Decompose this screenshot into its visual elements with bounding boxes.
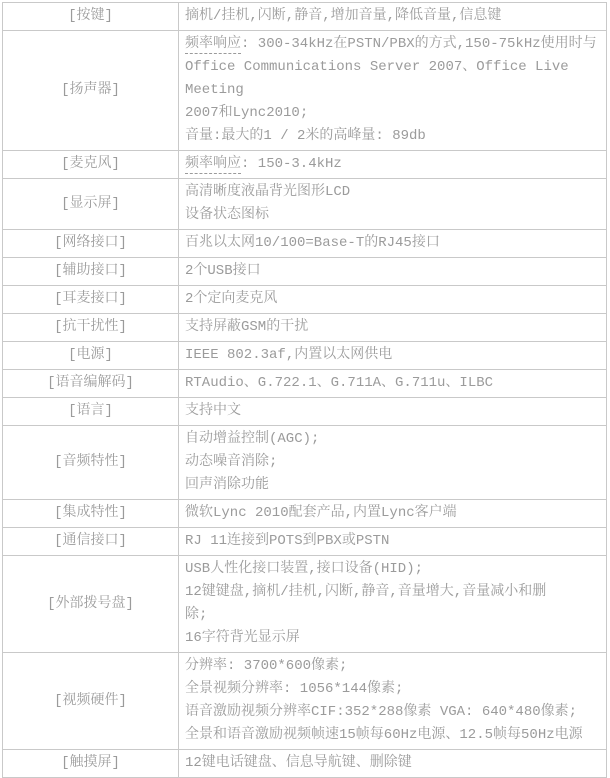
spec-line: 全景视频分辨率: 1056*144像素; bbox=[185, 678, 602, 701]
underlined-term: 频率响应 bbox=[185, 36, 241, 54]
table-row: [网络接口]百兆以太网10/100=Base-T的RJ45接口 bbox=[3, 230, 607, 258]
spec-label: [外部拨号盘] bbox=[3, 556, 179, 653]
spec-line: 回声消除功能 bbox=[185, 474, 602, 497]
spec-line: 16字符背光显示屏 bbox=[185, 627, 602, 650]
spec-value: 分辨率: 3700*600像素;全景视频分辨率: 1056*144像素;语音激励… bbox=[179, 653, 607, 750]
spec-value: 2个定向麦克风 bbox=[179, 286, 607, 314]
spec-label: [语言] bbox=[3, 398, 179, 426]
spec-line: 自动增益控制(AGC); bbox=[185, 428, 602, 451]
table-row: [耳麦接口]2个定向麦克风 bbox=[3, 286, 607, 314]
text-segment: 语音激励视频分辨率CIF:352*288像素 VGA: 640*480像素; bbox=[185, 704, 577, 720]
spec-value: 频率响应: 150-3.4kHz bbox=[179, 151, 607, 179]
text-segment: 除; bbox=[185, 607, 207, 623]
spec-value: 频率响应: 300-34kHz在PSTN/PBX的方式,150-75kHz使用时… bbox=[179, 31, 607, 151]
spec-line: 百兆以太网10/100=Base-T的RJ45接口 bbox=[185, 232, 602, 255]
spec-value: 自动增益控制(AGC);动态噪音消除;回声消除功能 bbox=[179, 426, 607, 500]
table-row: [音频特性]自动增益控制(AGC);动态噪音消除;回声消除功能 bbox=[3, 426, 607, 500]
spec-line: 语音激励视频分辨率CIF:352*288像素 VGA: 640*480像素; bbox=[185, 701, 602, 724]
text-segment: 12键键盘,摘机/挂机,闪断,静音,音量增大,音量减小和删 bbox=[185, 584, 546, 600]
spec-line: RJ 11连接到POTS到PBX或PSTN bbox=[185, 530, 602, 553]
spec-label: [视频硬件] bbox=[3, 653, 179, 750]
spec-label: [抗干扰性] bbox=[3, 314, 179, 342]
spec-line: 摘机/挂机,闪断,静音,增加音量,降低音量,信息键 bbox=[185, 5, 602, 28]
spec-label: [通信接口] bbox=[3, 528, 179, 556]
text-segment: 设备状态图标 bbox=[185, 207, 269, 223]
text-segment: 全景视频分辨率: 1056*144像素; bbox=[185, 681, 403, 697]
text-segment: 16字符背光显示屏 bbox=[185, 630, 300, 646]
table-row: [扬声器]频率响应: 300-34kHz在PSTN/PBX的方式,150-75k… bbox=[3, 31, 607, 151]
spec-label: [音频特性] bbox=[3, 426, 179, 500]
table-row: [按键]摘机/挂机,闪断,静音,增加音量,降低音量,信息键 bbox=[3, 3, 607, 31]
text-segment: : 150-3.4kHz bbox=[241, 156, 342, 172]
spec-value: USB人性化接口装置,接口设备(HID);12键键盘,摘机/挂机,闪断,静音,音… bbox=[179, 556, 607, 653]
spec-line: USB人性化接口装置,接口设备(HID); bbox=[185, 558, 602, 581]
text-segment: IEEE 802.3af,内置以太网供电 bbox=[185, 347, 392, 363]
text-segment: 回声消除功能 bbox=[185, 477, 269, 493]
spec-value: 支持中文 bbox=[179, 398, 607, 426]
spec-value: RJ 11连接到POTS到PBX或PSTN bbox=[179, 528, 607, 556]
text-segment: 音量:最大的1 / 2米的高峰量: 89db bbox=[185, 128, 426, 144]
table-row: [语言]支持中文 bbox=[3, 398, 607, 426]
spec-value: 高清晰度液晶背光图形LCD设备状态图标 bbox=[179, 179, 607, 230]
spec-line: 音量:最大的1 / 2米的高峰量: 89db bbox=[185, 125, 602, 148]
spec-label: [麦克风] bbox=[3, 151, 179, 179]
spec-value: 百兆以太网10/100=Base-T的RJ45接口 bbox=[179, 230, 607, 258]
text-segment: 摘机/挂机,闪断,静音,增加音量,降低音量,信息键 bbox=[185, 8, 501, 24]
table-row: [语音编解码]RTAudio、G.722.1、G.711A、G.711u、ILB… bbox=[3, 370, 607, 398]
text-segment: : 300-34kHz在PSTN/PBX的方式,150-75kHz使用时与 bbox=[241, 36, 597, 52]
spec-value: 12键电话键盘、信息导航键、删除键 bbox=[179, 750, 607, 778]
spec-line: 微软Lync 2010配套产品,内置Lync客户端 bbox=[185, 502, 602, 525]
spec-value: RTAudio、G.722.1、G.711A、G.711u、ILBC bbox=[179, 370, 607, 398]
spec-value: 微软Lync 2010配套产品,内置Lync客户端 bbox=[179, 500, 607, 528]
spec-line: 12键键盘,摘机/挂机,闪断,静音,音量增大,音量减小和删 bbox=[185, 581, 602, 604]
table-row: [通信接口]RJ 11连接到POTS到PBX或PSTN bbox=[3, 528, 607, 556]
spec-line: RTAudio、G.722.1、G.711A、G.711u、ILBC bbox=[185, 372, 602, 395]
underlined-term: 频率响应 bbox=[185, 156, 241, 174]
spec-value: 摘机/挂机,闪断,静音,增加音量,降低音量,信息键 bbox=[179, 3, 607, 31]
spec-line: 2个USB接口 bbox=[185, 260, 602, 283]
spec-label: [触摸屏] bbox=[3, 750, 179, 778]
spec-label: [耳麦接口] bbox=[3, 286, 179, 314]
text-segment: USB人性化接口装置,接口设备(HID); bbox=[185, 561, 423, 577]
spec-label: [按键] bbox=[3, 3, 179, 31]
table-row: [集成特性]微软Lync 2010配套产品,内置Lync客户端 bbox=[3, 500, 607, 528]
spec-label: [扬声器] bbox=[3, 31, 179, 151]
spec-value: 支持屏蔽GSM的干扰 bbox=[179, 314, 607, 342]
spec-line: 支持中文 bbox=[185, 400, 602, 423]
spec-line: 设备状态图标 bbox=[185, 204, 602, 227]
text-segment: RJ 11连接到POTS到PBX或PSTN bbox=[185, 533, 389, 549]
spec-label: [集成特性] bbox=[3, 500, 179, 528]
text-segment: 支持屏蔽GSM的干扰 bbox=[185, 319, 308, 335]
table-row: [辅助接口]2个USB接口 bbox=[3, 258, 607, 286]
text-segment: 高清晰度液晶背光图形LCD bbox=[185, 184, 350, 200]
spec-line: 动态噪音消除; bbox=[185, 451, 602, 474]
spec-line: 频率响应: 300-34kHz在PSTN/PBX的方式,150-75kHz使用时… bbox=[185, 33, 602, 56]
text-segment: 12键电话键盘、信息导航键、删除键 bbox=[185, 755, 412, 771]
table-row: [外部拨号盘]USB人性化接口装置,接口设备(HID);12键键盘,摘机/挂机,… bbox=[3, 556, 607, 653]
spec-line: 分辨率: 3700*600像素; bbox=[185, 655, 602, 678]
spec-line: 除; bbox=[185, 604, 602, 627]
table-row: [显示屏]高清晰度液晶背光图形LCD设备状态图标 bbox=[3, 179, 607, 230]
text-segment: 动态噪音消除; bbox=[185, 454, 277, 470]
spec-label: [辅助接口] bbox=[3, 258, 179, 286]
spec-line: 频率响应: 150-3.4kHz bbox=[185, 153, 602, 176]
table-row: [抗干扰性]支持屏蔽GSM的干扰 bbox=[3, 314, 607, 342]
text-segment: 微软Lync 2010配套产品,内置Lync客户端 bbox=[185, 505, 457, 521]
spec-line: 全景和语音激励视频帧速15帧每60Hz电源、12.5帧每50Hz电源 bbox=[185, 724, 602, 747]
spec-line: 高清晰度液晶背光图形LCD bbox=[185, 181, 602, 204]
text-segment: RTAudio、G.722.1、G.711A、G.711u、ILBC bbox=[185, 375, 493, 391]
spec-value: IEEE 802.3af,内置以太网供电 bbox=[179, 342, 607, 370]
text-segment: 2个定向麦克风 bbox=[185, 291, 277, 307]
spec-line: 2个定向麦克风 bbox=[185, 288, 602, 311]
spec-label: [电源] bbox=[3, 342, 179, 370]
spec-label: [显示屏] bbox=[3, 179, 179, 230]
spec-table-body: [按键]摘机/挂机,闪断,静音,增加音量,降低音量,信息键[扬声器]频率响应: … bbox=[3, 3, 607, 778]
spec-line: Office Communications Server 2007、Office… bbox=[185, 56, 602, 102]
spec-line: 12键电话键盘、信息导航键、删除键 bbox=[185, 752, 602, 775]
text-segment: 自动增益控制(AGC); bbox=[185, 431, 319, 447]
table-row: [麦克风]频率响应: 150-3.4kHz bbox=[3, 151, 607, 179]
text-segment: 百兆以太网10/100=Base-T的RJ45接口 bbox=[185, 235, 440, 251]
spec-value: 2个USB接口 bbox=[179, 258, 607, 286]
spec-line: IEEE 802.3af,内置以太网供电 bbox=[185, 344, 602, 367]
spec-label: [语音编解码] bbox=[3, 370, 179, 398]
spec-line: 支持屏蔽GSM的干扰 bbox=[185, 316, 602, 339]
text-segment: Office Communications Server 2007、Office… bbox=[185, 59, 569, 98]
spec-table: [按键]摘机/挂机,闪断,静音,增加音量,降低音量,信息键[扬声器]频率响应: … bbox=[2, 2, 607, 778]
table-row: [电源]IEEE 802.3af,内置以太网供电 bbox=[3, 342, 607, 370]
table-row: [视频硬件]分辨率: 3700*600像素;全景视频分辨率: 1056*144像… bbox=[3, 653, 607, 750]
text-segment: 2007和Lync2010; bbox=[185, 105, 308, 121]
spec-line: 2007和Lync2010; bbox=[185, 102, 602, 125]
spec-label: [网络接口] bbox=[3, 230, 179, 258]
text-segment: 全景和语音激励视频帧速15帧每60Hz电源、12.5帧每50Hz电源 bbox=[185, 727, 583, 743]
text-segment: 2个USB接口 bbox=[185, 263, 261, 279]
text-segment: 分辨率: 3700*600像素; bbox=[185, 658, 347, 674]
text-segment: 支持中文 bbox=[185, 403, 241, 419]
